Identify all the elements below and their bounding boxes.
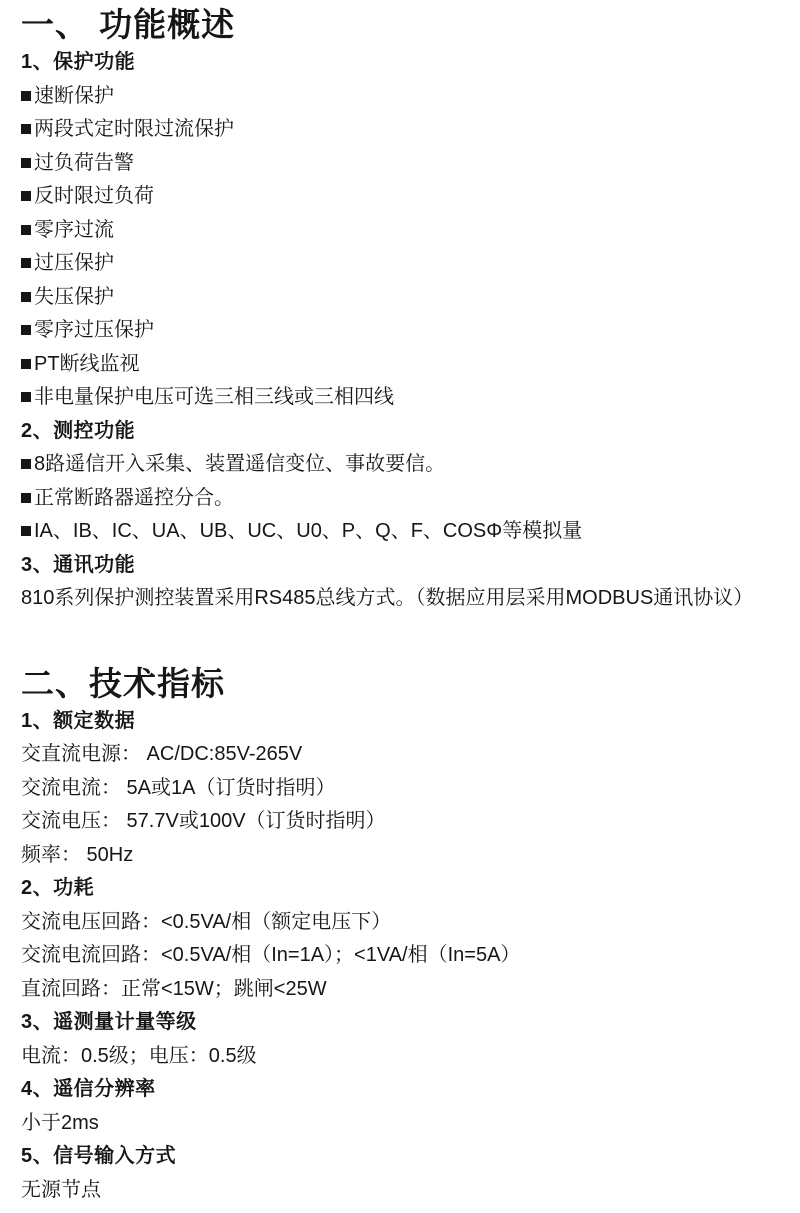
- subsection-heading: 2、测控功能: [21, 415, 792, 449]
- bullet-item: 正常断路器遥控分合。: [21, 482, 792, 516]
- bullet-text: 速断保护: [34, 85, 114, 107]
- section-function-overview: 一、 功能概述 1、保护功能速断保护两段式定时限过流保护过负荷告警反时限过负荷零…: [21, 4, 792, 616]
- bullet-square-icon: [21, 359, 31, 369]
- bullet-text: 非电量保护电压可选三相三线或三相四线: [34, 386, 394, 408]
- section-title: 二、技术指标: [21, 663, 792, 705]
- bullet-square-icon: [21, 225, 31, 235]
- bullet-item: 反时限过负荷: [21, 180, 792, 214]
- bullet-text: PT断线监视: [34, 353, 140, 375]
- text-line: 810系列保护测控装置采用RS485总线方式。（数据应用层采用MODBUS通讯协…: [21, 582, 792, 616]
- section-technical-specs: 二、技术指标 1、额定数据交直流电源： AC/DC:85V-265V交流电流： …: [21, 663, 792, 1208]
- section-title: 一、 功能概述: [21, 4, 792, 46]
- bullet-square-icon: [21, 191, 31, 201]
- bullet-text: 过负荷告警: [34, 152, 134, 174]
- subsection-heading: 3、通讯功能: [21, 549, 792, 583]
- bullet-text: IA、IB、IC、UA、UB、UC、U0、P、Q、F、COSΦ等模拟量: [34, 520, 582, 542]
- bullet-item: 两段式定时限过流保护: [21, 113, 792, 147]
- bullet-square-icon: [21, 292, 31, 302]
- subsection-heading: 5、信号输入方式: [21, 1140, 792, 1174]
- bullet-text: 正常断路器遥控分合。: [34, 487, 234, 509]
- bullet-text: 零序过压保护: [34, 319, 154, 341]
- subsection-heading: 4、遥信分辨率: [21, 1073, 792, 1107]
- bullet-text: 8路遥信开入采集、装置遥信变位、事故要信。: [34, 453, 445, 475]
- bullet-text: 过压保护: [34, 252, 114, 274]
- bullet-text: 反时限过负荷: [34, 185, 154, 207]
- text-line: 直流回路：正常<15W；跳闸<25W: [21, 973, 792, 1007]
- bullet-text: 零序过流: [34, 219, 114, 241]
- bullet-item: PT断线监视: [21, 348, 792, 382]
- section-content: 1、额定数据交直流电源： AC/DC:85V-265V交流电流： 5A或1A（订…: [21, 705, 792, 1208]
- text-line: 无源节点: [21, 1174, 792, 1208]
- bullet-square-icon: [21, 258, 31, 268]
- subsection-heading: 1、保护功能: [21, 46, 792, 80]
- document-body: 一、 功能概述 1、保护功能速断保护两段式定时限过流保护过负荷告警反时限过负荷零…: [0, 0, 800, 1213]
- bullet-item: IA、IB、IC、UA、UB、UC、U0、P、Q、F、COSΦ等模拟量: [21, 515, 792, 549]
- bullet-item: 8路遥信开入采集、装置遥信变位、事故要信。: [21, 448, 792, 482]
- bullet-item: 过负荷告警: [21, 147, 792, 181]
- bullet-square-icon: [21, 392, 31, 402]
- bullet-square-icon: [21, 158, 31, 168]
- bullet-square-icon: [21, 526, 31, 536]
- text-line: 电流：0.5级；电压：0.5级: [21, 1040, 792, 1074]
- text-line: 频率： 50Hz: [21, 839, 792, 873]
- subsection-heading: 2、功耗: [21, 872, 792, 906]
- text-line: 交直流电源： AC/DC:85V-265V: [21, 738, 792, 772]
- text-line: 交流电流回路：<0.5VA/相（In=1A）；<1VA/相（In=5A）: [21, 939, 792, 973]
- bullet-item: 零序过流: [21, 214, 792, 248]
- bullet-square-icon: [21, 493, 31, 503]
- text-line: 小于2ms: [21, 1107, 792, 1141]
- bullet-square-icon: [21, 91, 31, 101]
- text-line: 交流电流： 5A或1A（订货时指明）: [21, 772, 792, 806]
- subsection-heading: 3、遥测量计量等级: [21, 1006, 792, 1040]
- subsection-heading: 1、额定数据: [21, 705, 792, 739]
- section-content: 1、保护功能速断保护两段式定时限过流保护过负荷告警反时限过负荷零序过流过压保护失…: [21, 46, 792, 616]
- bullet-item: 过压保护: [21, 247, 792, 281]
- bullet-item: 速断保护: [21, 80, 792, 114]
- bullet-item: 失压保护: [21, 281, 792, 315]
- bullet-item: 零序过压保护: [21, 314, 792, 348]
- bullet-square-icon: [21, 124, 31, 134]
- bullet-square-icon: [21, 325, 31, 335]
- bullet-square-icon: [21, 459, 31, 469]
- bullet-text: 两段式定时限过流保护: [34, 118, 234, 140]
- text-line: 交流电压回路：<0.5VA/相（额定电压下）: [21, 906, 792, 940]
- bullet-text: 失压保护: [34, 286, 114, 308]
- bullet-item: 非电量保护电压可选三相三线或三相四线: [21, 381, 792, 415]
- text-line: 交流电压： 57.7V或100V（订货时指明）: [21, 805, 792, 839]
